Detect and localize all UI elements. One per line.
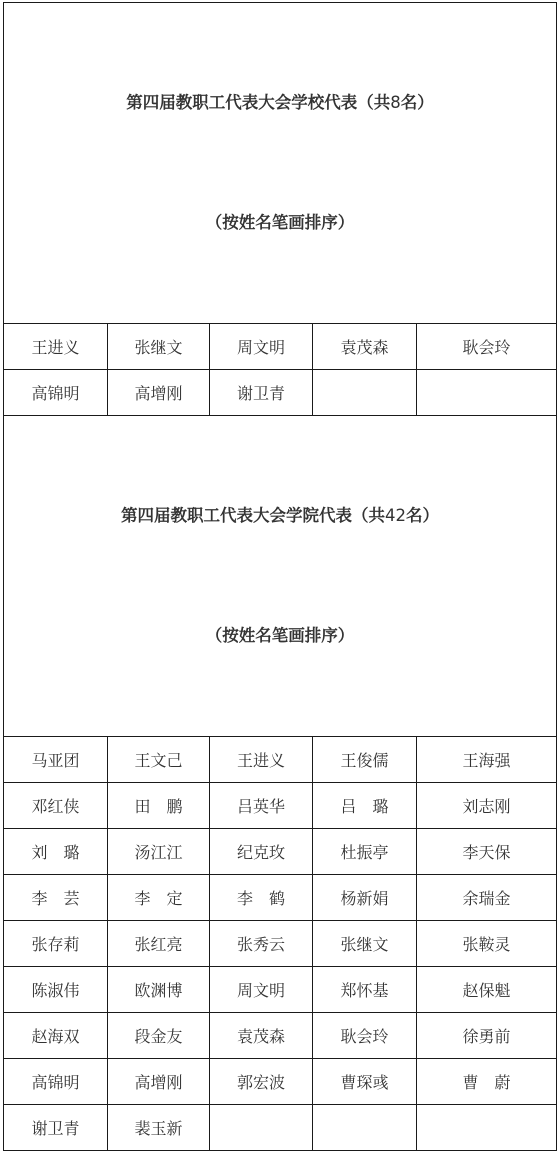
name-cell	[313, 370, 417, 416]
table-row: 高锦明 高增刚 谢卫青	[4, 370, 557, 416]
school-count: 8	[390, 93, 401, 112]
college-section-header: 第四届教职工代表大会学院代表（共42名） （按姓名笔画排序）	[4, 416, 557, 698]
college-count: 42	[385, 506, 406, 525]
college-section-subtitle: （按姓名笔画排序）	[4, 616, 556, 656]
representatives-table: 第四届教职工代表大会学校代表（共8名） （按姓名笔画排序） 王进义 张继文 周文…	[3, 2, 557, 697]
school-section-header: 第四届教职工代表大会学校代表（共8名） （按姓名笔画排序）	[4, 3, 557, 324]
name-cell: 周文明	[210, 324, 313, 370]
school-section-subtitle: （按姓名笔画排序）	[4, 203, 556, 243]
table-row: 王进义 张继文 周文明 袁茂森 耿会玲	[4, 324, 557, 370]
name-cell: 袁茂森	[313, 324, 417, 370]
name-cell: 高增刚	[108, 370, 210, 416]
name-cell: 谢卫青	[210, 370, 313, 416]
school-header-row: 第四届教职工代表大会学校代表（共8名） （按姓名笔画排序）	[4, 3, 557, 324]
name-cell: 耿会玲	[417, 324, 557, 370]
college-section-title: 第四届教职工代表大会学院代表（共42名）	[4, 496, 556, 536]
title-prefix: 第四届教职工代表大会学院代表（共	[121, 506, 385, 525]
name-cell: 王进义	[4, 324, 108, 370]
title-prefix: 第四届教职工代表大会学校代表（共	[126, 93, 390, 112]
college-header-row: 第四届教职工代表大会学院代表（共42名） （按姓名笔画排序）	[4, 416, 557, 698]
title-suffix: 名）	[401, 93, 434, 112]
name-cell: 高锦明	[4, 370, 108, 416]
name-cell: 张继文	[108, 324, 210, 370]
title-suffix: 名）	[406, 506, 439, 525]
name-cell	[417, 370, 557, 416]
school-section-title: 第四届教职工代表大会学校代表（共8名）	[4, 83, 556, 123]
